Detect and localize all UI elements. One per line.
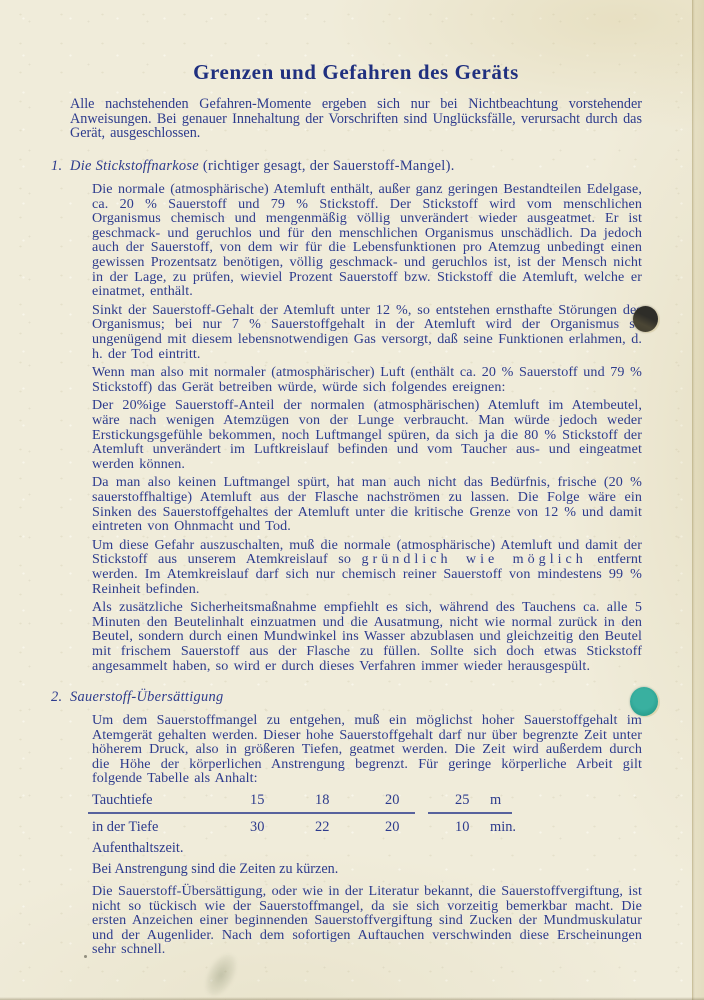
paragraph: Der 20%ige Sauerstoff-Anteil der normale…: [92, 398, 642, 471]
paragraph-emphasis: Um diese Gefahr auszuschalten, muß die n…: [92, 538, 642, 596]
paragraph: Als zusätzliche Sicherheitsmaßnahme empf…: [92, 600, 642, 673]
page-title: Grenzen und Gefahren des Geräts: [70, 60, 642, 85]
table-cell: 15: [250, 790, 315, 810]
table-unit: m: [490, 790, 501, 810]
paragraph: Die normale (atmosphärische) Atemluft en…: [92, 182, 642, 299]
table-cell: 25: [455, 790, 490, 810]
table-row-depth: Tauchtiefe 15 18 20 25 m: [92, 790, 642, 810]
section-1-number: 1.: [51, 158, 62, 175]
paragraph: Da man also keinen Luftmangel spürt, hat…: [92, 475, 642, 533]
table-row-time: in der Tiefe 30 22 20 10 min.: [92, 817, 642, 837]
section-1-heading-rest: (richtiger gesagt, der Sauerstoff-Mangel…: [199, 158, 455, 174]
table-unit: min.: [490, 817, 516, 837]
section-1-heading-italic: Die Stickstoffnarkose: [70, 158, 199, 174]
paper-speck: [84, 955, 87, 958]
paragraph: Die Sauerstoff-Übersättigung, oder wie i…: [92, 884, 642, 957]
table-cell: 30: [250, 817, 315, 837]
section-2-heading: 2.Sauerstoff-Übersättigung: [70, 689, 642, 706]
table-note: Bei Anstrengung sind die Zeiten zu kürze…: [92, 860, 642, 878]
section-2-heading-italic: Sauerstoff-Übersättigung: [70, 689, 224, 705]
section-1-heading: 1.Die Stickstoffnarkose (richtiger gesag…: [70, 158, 642, 175]
document-body: Grenzen und Gefahren des Geräts Alle nac…: [70, 60, 642, 961]
intro-paragraph: Alle nachstehenden Gefahren-Momente erge…: [70, 97, 642, 141]
table-cell: 20: [385, 790, 455, 810]
table-cell: 20: [385, 817, 455, 837]
punch-hole-dark: [633, 306, 658, 332]
paragraph: Wenn man also mit normaler (atmosphärisc…: [92, 365, 642, 394]
table-cell: 10: [455, 817, 490, 837]
table-cell: 18: [315, 790, 385, 810]
paragraph: Um dem Sauerstoffmangel zu entgehen, muß…: [92, 713, 642, 786]
table-row-label: in der Tiefe: [92, 817, 250, 837]
section-2-number: 2.: [51, 689, 62, 706]
page-edge-shadow: [692, 0, 704, 1000]
paragraph: Sinkt der Sauerstoff-Gehalt der Atemluft…: [92, 303, 642, 361]
table-rule: [88, 812, 642, 814]
table-row-label: Tauchtiefe: [92, 790, 250, 810]
depth-time-table: Tauchtiefe 15 18 20 25 m in der Tiefe 30…: [70, 790, 642, 857]
table-row-label-continued: Aufenthaltszeit.: [92, 839, 642, 857]
scanned-manual-page: Grenzen und Gefahren des Geräts Alle nac…: [0, 0, 704, 1000]
emphasized-letterspaced-text: gründlich wie möglich: [361, 551, 586, 567]
punch-hole-teal: [630, 687, 658, 716]
section-2: 2.Sauerstoff-Übersättigung Um dem Sauers…: [70, 689, 642, 957]
table-cell: 22: [315, 817, 385, 837]
section-1: 1.Die Stickstoffnarkose (richtiger gesag…: [70, 158, 642, 673]
